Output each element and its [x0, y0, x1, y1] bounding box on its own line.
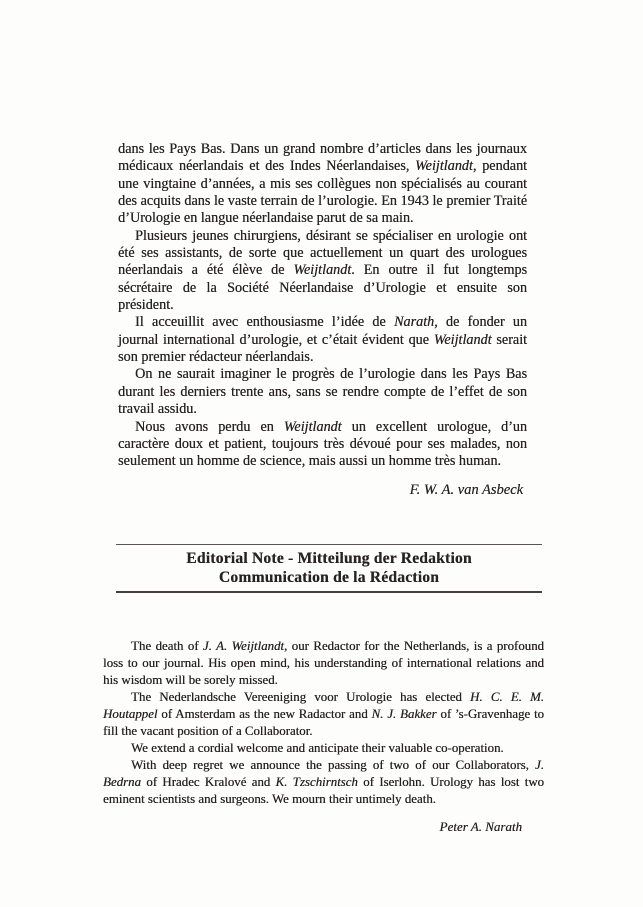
paragraph: The Nederlandsche Vereeniging voor Urolo… [103, 689, 544, 740]
header-divider-top [116, 544, 542, 545]
header-divider-bottom [116, 591, 542, 593]
paragraph: The death of J. A. Weijtlandt, our Redac… [103, 638, 544, 689]
editorial-title-line2: Communication de la Rédaction [116, 569, 542, 588]
obituary-section: dans les Pays Bas. Dans un grand nombre … [118, 141, 527, 499]
italic-name: Narath [394, 314, 434, 330]
italic-name: Weijtlandt [434, 332, 492, 348]
italic-name: Weijtlandt [293, 262, 351, 278]
paragraph: dans les Pays Bas. Dans un grand nombre … [118, 141, 527, 228]
paragraph: Nous avons perdu en Weijtlandt un excell… [118, 419, 527, 471]
scanned-journal-page: dans les Pays Bas. Dans un grand nombre … [0, 0, 643, 907]
paragraph: We extend a cordial welcome and anticipa… [103, 740, 544, 757]
italic-name: Weijtlandt [415, 158, 473, 174]
editorial-title-line1: Editorial Note - Mitteilung der Redaktio… [116, 550, 542, 569]
italic-name: N. J. Bakker [372, 707, 437, 721]
editorial-header: Editorial Note - Mitteilung der Redaktio… [116, 544, 542, 593]
italic-name: J. A. Weijtlandt [203, 639, 284, 653]
obituary-text: dans les Pays Bas. Dans un grand nombre … [118, 141, 527, 471]
italic-name: K. Tzschirntsch [276, 775, 358, 789]
italic-name: Weijtlandt [284, 419, 342, 435]
paragraph: On ne saurait imaginer le progrès de l’u… [118, 366, 527, 418]
paragraph: Il acceuillit avec enthousiasme l’idée d… [118, 314, 527, 366]
paragraph: Plusieurs jeunes chirurgiens, désirant s… [118, 228, 527, 315]
editorial-note-text: The death of J. A. Weijtlandt, our Redac… [103, 638, 544, 808]
editorial-note-section: The death of J. A. Weijtlandt, our Redac… [103, 638, 544, 835]
obituary-signature: F. W. A. van Asbeck [118, 482, 527, 499]
paragraph: With deep regret we announce the passing… [103, 757, 544, 808]
editorial-note-signature: Peter A. Narath [103, 819, 544, 835]
